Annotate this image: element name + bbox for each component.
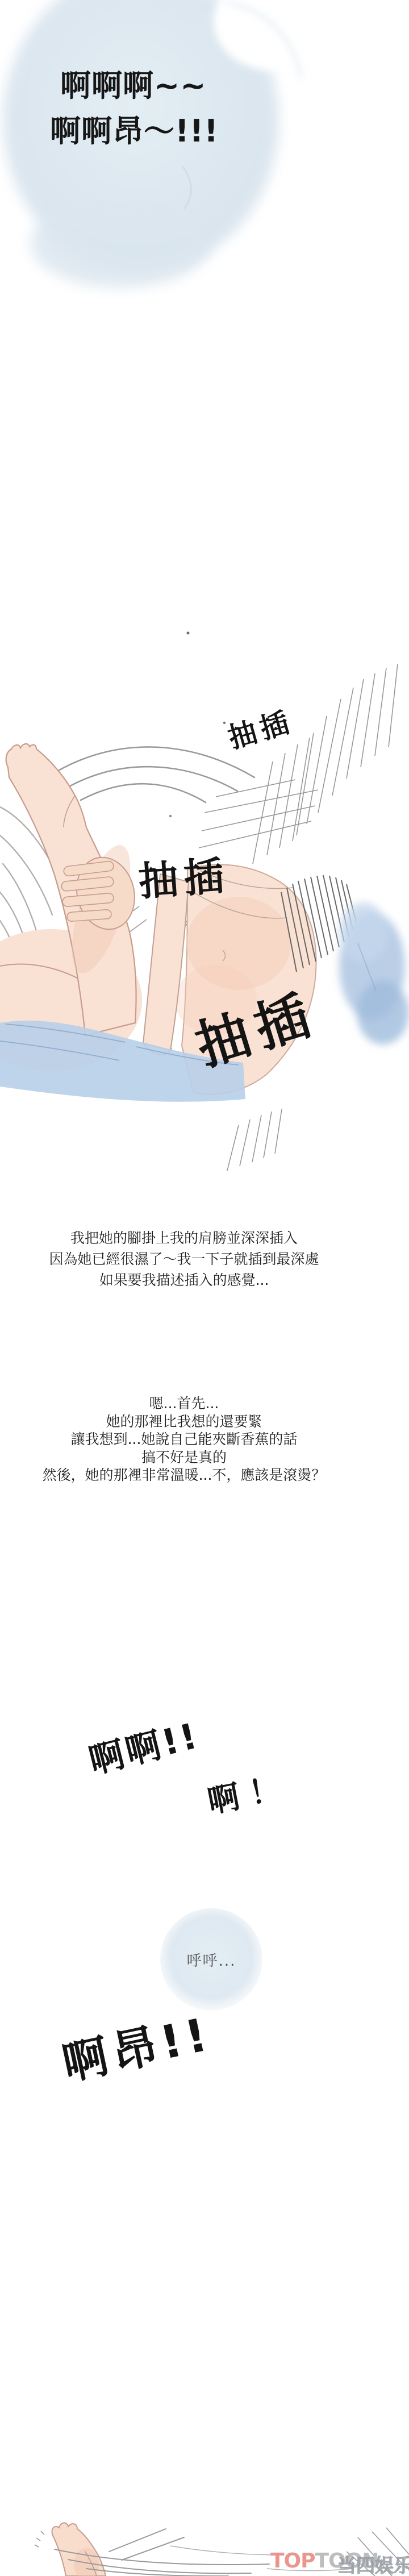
- foot-drawing: [52, 2523, 106, 2576]
- toe-marks: [35, 2531, 44, 2547]
- speech-bubble-line2: 啊啊昂～!!!: [50, 107, 219, 151]
- watermark: TOPTOON 当四娱乐: [270, 2549, 409, 2574]
- illustration-panel-1: [0, 625, 409, 1193]
- watermark-cn-label: 当四娱乐: [337, 2551, 409, 2576]
- narration-2-line-4: 搞不好是真的: [0, 1449, 368, 1467]
- narration-2-line-5: 然後，她的那裡非常溫暖...不，應該是滾燙？: [0, 1466, 368, 1484]
- watercolor-patch: [339, 902, 409, 1044]
- narration-2-line-1: 嗯...首先...: [0, 1395, 368, 1413]
- narration-2-line-3: 讓我想到...她說自己能夾斷香蕉的話: [0, 1430, 368, 1449]
- watermark-brand-top: TOP: [270, 2549, 315, 2573]
- sfx-moan-3: 啊昂!!: [56, 1997, 216, 2093]
- breath-text: 呼呼...: [160, 1949, 262, 1970]
- narration-2-line-2: 她的那裡比我想的還要緊: [0, 1413, 368, 1431]
- narration-block-1: 我把她的腳掛上我的肩膀並深深插入 因為她已經很濕了～我一下子就插到最深處 如果要…: [0, 1227, 368, 1291]
- narration-1-line-1: 我把她的腳掛上我的肩膀並深深插入: [0, 1227, 368, 1249]
- sweat-dot: [187, 632, 190, 635]
- speech-bubble-shape: [0, 0, 324, 307]
- sfx-moan-2: 啊！: [203, 1762, 295, 1822]
- narration-block-2: 嗯...首先... 她的那裡比我想的還要緊 讓我想到...她說自己能夾斷香蕉的話…: [0, 1395, 368, 1484]
- sfx-moan-1: 啊啊!!: [83, 1707, 203, 1783]
- comic-page: 啊啊啊~~ 啊啊昂～!!!: [0, 0, 409, 2576]
- speech-bubble-line1: 啊啊啊~~: [60, 61, 207, 105]
- narration-1-line-3: 如果要我描述插入的感覺...: [0, 1270, 368, 1291]
- breath-bubble: 呼呼...: [160, 1908, 262, 2011]
- sfx-thrust-2: 抽插: [136, 844, 231, 908]
- narration-1-line-2: 因為她已經很濕了～我一下子就插到最深處: [0, 1249, 368, 1270]
- motion-arcs: [55, 747, 254, 802]
